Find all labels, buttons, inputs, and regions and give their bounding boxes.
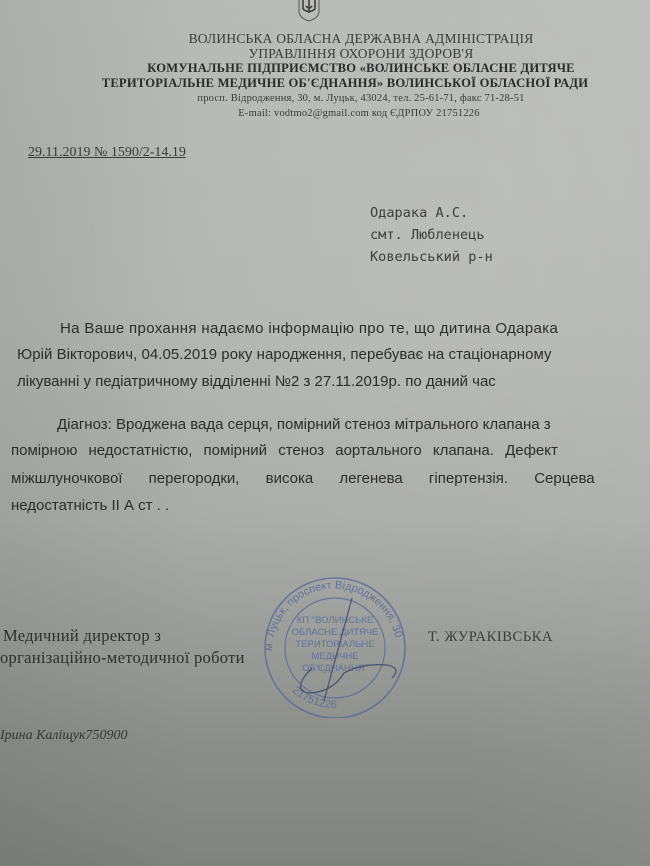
- stamp-center-text: ТЕРИТОРІАЛЬНЕ: [295, 639, 374, 650]
- diagnosis-line: міжшлуночкової перегородки, висока леген…: [11, 470, 595, 487]
- letterhead-organization-line2: ТЕРИТОРІАЛЬНЕ МЕДИЧНЕ ОБ'ЄДНАННЯ» ВОЛИНС…: [20, 76, 650, 91]
- body-line: На Ваше прохання надаємо інформацію про …: [60, 320, 558, 337]
- stamp-center-text: КП "ВОЛИНСЬКЕ: [297, 615, 374, 626]
- executor-note: Ірина Каліщук750900: [0, 728, 128, 744]
- diagnosis-line: Діагноз: Вроджена вада серця, помірний с…: [57, 416, 551, 433]
- trident-coat-of-arms-icon: [297, 0, 321, 22]
- document-reference-number: 29.11.2019 № 1590/2-14.19: [28, 145, 186, 161]
- signatory-name: Т. ЖУРАКІВСЬКА: [428, 629, 553, 646]
- stamp-center-text: ОБЛАСНЕ ДИТЯЧЕ: [291, 627, 378, 638]
- official-stamp-icon: м. Луцьк, проспект Відродження, 30 21751…: [252, 573, 417, 718]
- letterhead-department: УПРАВЛІННЯ ОХОРОНИ ЗДОРОВ'Я: [36, 46, 650, 62]
- letterhead-organization-line1: КОМУНАЛЬНЕ ПІДПРИЄМСТВО «ВОЛИНСЬКЕ ОБЛАС…: [36, 61, 650, 76]
- signatory-title-line1: Медичний директор з: [3, 626, 161, 646]
- diagnosis-line: недостатність ІІ А ст . .: [11, 497, 169, 514]
- letterhead-administration: ВОЛИНСЬКА ОБЛАСНА ДЕРЖАВНА АДМІНІСТРАЦІЯ: [36, 31, 650, 47]
- recipient-district: Ковельський р-н: [370, 249, 493, 265]
- body-line: Юрій Вікторович, 04.05.2019 року народже…: [17, 346, 552, 363]
- letterhead-address: просп. Відродження, 30, м. Луцьк, 43024,…: [36, 93, 650, 104]
- body-line: лікуванні у педіатричному відділенні №2 …: [17, 373, 496, 390]
- diagnosis-line: помірною недостатністю, помірний стеноз …: [11, 442, 558, 459]
- recipient-name: Одарака А.С.: [370, 205, 468, 221]
- recipient-settlement: смт. Любленець: [370, 227, 485, 243]
- signatory-title-line2: організаційно-методичної роботи: [0, 648, 245, 668]
- letterhead-contact: E-mail: vodtmo2@gmail.com код ЄДРПОУ 217…: [34, 108, 650, 119]
